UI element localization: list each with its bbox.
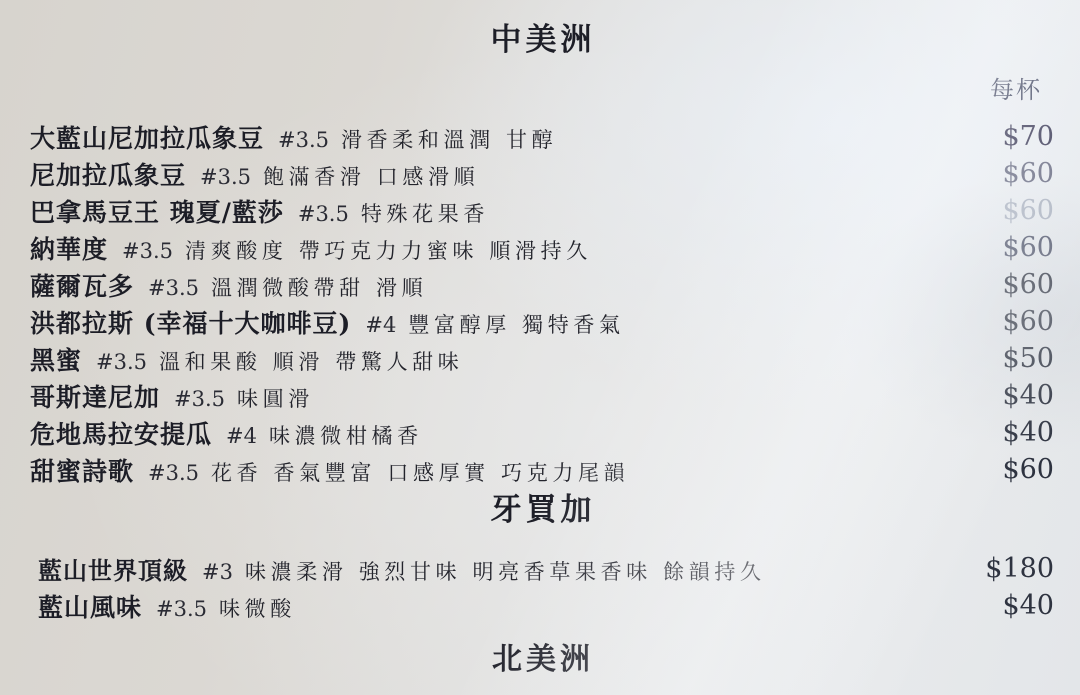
menu-item-row: 尼加拉瓜象豆 #3.5 飽滿香滑 口感滑順 $60 [30, 155, 1056, 192]
menu-item-text: 納華度 #3.5 清爽酸度 帶巧克力力蜜味 順滑持久 [30, 230, 592, 266]
item-name: 納華度 [30, 230, 108, 266]
section-jamaica: 牙買加 藍山世界頂級 #3 味濃柔滑 強烈甘味 明亮香草果香味 餘韻持久 $18… [30, 488, 1056, 624]
item-price: $60 [970, 195, 1056, 226]
item-price: $40 [970, 380, 1056, 411]
item-spec: #3.5 [148, 276, 199, 300]
next-section-title-partial: 北美洲 [30, 640, 1056, 680]
menu-item-text: 黑蜜 #3.5 溫和果酸 順滑 帶驚人甜味 [30, 341, 463, 377]
menu-item-row: 藍山世界頂級 #3 味濃柔滑 強烈甘味 明亮香草果香味 餘韻持久 $180 [38, 550, 1056, 587]
menu-item-text: 危地馬拉安提瓜 #4 味濃微柑橘香 [30, 415, 423, 451]
item-description: 飽滿香滑 口感滑順 [263, 161, 479, 191]
item-name: 藍山世界頂級 [38, 551, 188, 586]
item-price: $40 [970, 417, 1056, 448]
item-name: 大藍山尼加拉瓜象豆 [30, 119, 264, 155]
menu-item-row: 藍山風味 #3.5 味微酸 $40 [38, 587, 1056, 624]
item-description: 豐富醇厚 獨特香氣 [408, 309, 624, 339]
menu-item-row: 大藍山尼加拉瓜象豆 #3.5 滑香柔和溫潤 甘醇 $70 [30, 118, 1056, 155]
menu-page: 中美洲 每杯 大藍山尼加拉瓜象豆 #3.5 滑香柔和溫潤 甘醇 $70 尼加拉瓜… [0, 0, 1080, 680]
item-spec: #3.5 [156, 597, 207, 621]
item-description: 清爽酸度 帶巧克力力蜜味 順滑持久 [185, 235, 592, 265]
menu-item-list: 藍山世界頂級 #3 味濃柔滑 強烈甘味 明亮香草果香味 餘韻持久 $180 藍山… [30, 550, 1056, 624]
item-name: 黑蜜 [30, 341, 82, 377]
item-spec: #3.5 [200, 165, 251, 189]
item-name: 尼加拉瓜象豆 [30, 156, 186, 192]
menu-item-row: 納華度 #3.5 清爽酸度 帶巧克力力蜜味 順滑持久 $60 [30, 229, 1056, 266]
menu-item-text: 哥斯達尼加 #3.5 味圓滑 [30, 378, 314, 414]
menu-item-row: 洪都拉斯 (幸福十大咖啡豆) #4 豐富醇厚 獨特香氣 $60 [30, 303, 1056, 340]
menu-item-text: 大藍山尼加拉瓜象豆 #3.5 滑香柔和溫潤 甘醇 [30, 119, 557, 155]
menu-item-row: 哥斯達尼加 #3.5 味圓滑 $40 [30, 377, 1056, 414]
price-column-header: 每杯 [30, 74, 1056, 106]
item-description: 特殊花果香 [361, 198, 489, 228]
menu-item-text: 尼加拉瓜象豆 #3.5 飽滿香滑 口感滑順 [30, 156, 479, 192]
item-spec: #3 [202, 560, 233, 584]
item-description: 溫和果酸 順滑 帶驚人甜味 [159, 346, 463, 376]
menu-item-row: 薩爾瓦多 #3.5 溫潤微酸帶甜 滑順 $60 [30, 266, 1056, 303]
section-title: 中美洲 [30, 18, 1056, 62]
section-central-america: 中美洲 每杯 大藍山尼加拉瓜象豆 #3.5 滑香柔和溫潤 甘醇 $70 尼加拉瓜… [30, 18, 1056, 488]
section-title: 牙買加 [30, 488, 1056, 532]
item-spec: #3.5 [278, 128, 329, 152]
item-name: 薩爾瓦多 [30, 267, 134, 303]
item-price: $70 [970, 121, 1056, 152]
menu-item-row: 危地馬拉安提瓜 #4 味濃微柑橘香 $40 [30, 414, 1056, 451]
item-name: 哥斯達尼加 [30, 378, 160, 414]
menu-item-text: 薩爾瓦多 #3.5 溫潤微酸帶甜 滑順 [30, 267, 427, 303]
item-price: $60 [970, 232, 1056, 263]
menu-item-row: 黑蜜 #3.5 溫和果酸 順滑 帶驚人甜味 $50 [30, 340, 1056, 377]
item-price: $40 [970, 590, 1056, 621]
item-description: 味濃柔滑 強烈甘味 明亮香草果香味 餘韻持久 [245, 556, 766, 586]
item-price: $50 [970, 343, 1056, 374]
item-name: 巴拿馬豆王 瑰夏/藍莎 [30, 193, 284, 229]
item-price: $60 [970, 306, 1056, 337]
item-name: 藍山風味 [38, 588, 142, 624]
menu-item-text: 巴拿馬豆王 瑰夏/藍莎 #3.5 特殊花果香 [30, 193, 489, 229]
item-spec: #3.5 [174, 387, 225, 411]
item-name: 危地馬拉安提瓜 [30, 415, 212, 451]
item-spec: #3.5 [122, 239, 173, 263]
item-price: $180 [970, 553, 1056, 584]
menu-item-text: 洪都拉斯 (幸福十大咖啡豆) #4 豐富醇厚 獨特香氣 [30, 304, 625, 340]
item-spec: #4 [365, 313, 396, 337]
menu-item-row: 甜蜜詩歌 #3.5 花香 香氣豐富 口感厚實 巧克力尾韻 $60 [30, 451, 1056, 488]
item-description: 花香 香氣豐富 口感厚實 巧克力尾韻 [211, 457, 629, 487]
item-spec: #3.5 [96, 350, 147, 374]
menu-item-text: 藍山風味 #3.5 味微酸 [38, 588, 296, 624]
item-name: 洪都拉斯 (幸福十大咖啡豆) [30, 304, 351, 340]
item-description: 味圓滑 [237, 383, 314, 413]
item-description: 滑香柔和溫潤 甘醇 [341, 124, 557, 154]
menu-item-list: 大藍山尼加拉瓜象豆 #3.5 滑香柔和溫潤 甘醇 $70 尼加拉瓜象豆 #3.5… [30, 118, 1056, 488]
item-description: 味濃微柑橘香 [269, 420, 423, 450]
item-spec: #3.5 [298, 202, 349, 226]
menu-item-text: 甜蜜詩歌 #3.5 花香 香氣豐富 口感厚實 巧克力尾韻 [30, 452, 629, 488]
menu-item-row: 巴拿馬豆王 瑰夏/藍莎 #3.5 特殊花果香 $60 [30, 192, 1056, 229]
item-description: 味微酸 [219, 593, 296, 623]
item-spec: #4 [226, 424, 257, 448]
item-description: 溫潤微酸帶甜 滑順 [211, 272, 427, 302]
item-spec: #3.5 [148, 461, 199, 485]
item-price: $60 [970, 454, 1056, 485]
item-price: $60 [970, 158, 1056, 189]
item-price: $60 [970, 269, 1056, 300]
item-name: 甜蜜詩歌 [30, 452, 134, 488]
menu-item-text: 藍山世界頂級 #3 味濃柔滑 強烈甘味 明亮香草果香味 餘韻持久 [38, 551, 766, 586]
